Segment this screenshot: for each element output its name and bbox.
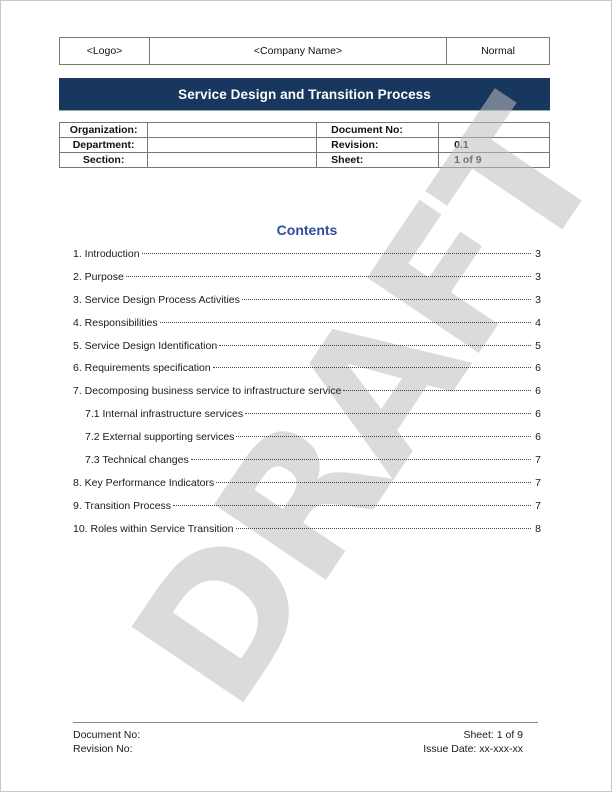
- document-info-table: Organization: Document No: Department: R…: [59, 122, 550, 168]
- toc-entry-page: 7: [533, 500, 541, 512]
- toc-entry-page: 3: [533, 248, 541, 260]
- toc-dot-leader: [245, 413, 531, 414]
- info-row: Organization: Document No:: [60, 123, 550, 138]
- toc-entry-label: 5. Service Design Identification: [73, 340, 217, 352]
- toc-entry[interactable]: 6. Requirements specification6: [73, 362, 541, 385]
- sheet-label: Sheet:: [317, 153, 439, 168]
- document-title-banner: Service Design and Transition Process: [59, 78, 550, 111]
- organization-label: Organization:: [60, 123, 148, 138]
- toc-entry-label: 1. Introduction: [73, 248, 140, 260]
- toc-entry-label: 7. Decomposing business service to infra…: [73, 385, 341, 397]
- toc-entry-page: 5: [533, 340, 541, 352]
- toc-entry-label: 10. Roles within Service Transition: [73, 523, 234, 535]
- toc-entry[interactable]: 1. Introduction3: [73, 248, 541, 271]
- toc-dot-leader: [213, 367, 531, 368]
- toc-entry[interactable]: 9. Transition Process7: [73, 500, 541, 523]
- toc-entry-label: 4. Responsibilities: [73, 317, 158, 329]
- toc-entry-page: 3: [533, 271, 541, 283]
- sheet-value: 1 of 9: [439, 153, 550, 168]
- toc-entry[interactable]: 4. Responsibilities4: [73, 317, 541, 340]
- toc-entry[interactable]: 5. Service Design Identification5: [73, 340, 541, 363]
- toc-entry-label: 7.1 Internal infrastructure services: [85, 408, 243, 420]
- toc-dot-leader: [216, 482, 531, 483]
- toc-entry-page: 6: [533, 431, 541, 443]
- toc-entry-page: 4: [533, 317, 541, 329]
- info-row: Section: Sheet: 1 of 9: [60, 153, 550, 168]
- info-row: Department: Revision: 0.1: [60, 138, 550, 153]
- toc-dot-leader: [343, 390, 531, 391]
- table-of-contents: 1. Introduction32. Purpose33. Service De…: [73, 248, 541, 546]
- section-value: [148, 153, 317, 168]
- footer-revision-no: Revision No:: [73, 742, 133, 756]
- toc-entry-page: 8: [533, 523, 541, 535]
- company-name: <Company Name>: [150, 38, 447, 65]
- toc-dot-leader: [242, 299, 531, 300]
- toc-entry[interactable]: 10. Roles within Service Transition8: [73, 523, 541, 546]
- toc-entry-label: 2. Purpose: [73, 271, 124, 283]
- header-table: <Logo> <Company Name> Normal: [59, 37, 550, 65]
- toc-dot-leader: [219, 345, 531, 346]
- toc-entry-page: 7: [533, 454, 541, 466]
- footer-document-no: Document No:: [73, 728, 140, 742]
- toc-entry-label: 3. Service Design Process Activities: [73, 294, 240, 306]
- toc-entry-label: 6. Requirements specification: [73, 362, 211, 374]
- toc-entry[interactable]: 7.1 Internal infrastructure services6: [73, 408, 541, 431]
- department-label: Department:: [60, 138, 148, 153]
- document-no-label: Document No:: [317, 123, 439, 138]
- toc-dot-leader: [173, 505, 531, 506]
- toc-entry-page: 6: [533, 385, 541, 397]
- toc-dot-leader: [160, 322, 531, 323]
- toc-dot-leader: [236, 528, 532, 529]
- toc-dot-leader: [236, 436, 531, 437]
- toc-entry-label: 8. Key Performance Indicators: [73, 477, 214, 489]
- toc-dot-leader: [191, 459, 531, 460]
- document-no-value: [439, 123, 550, 138]
- logo-placeholder: <Logo>: [60, 38, 150, 65]
- toc-dot-leader: [126, 276, 531, 277]
- contents-heading: Contents: [1, 222, 612, 238]
- toc-dot-leader: [142, 253, 531, 254]
- toc-entry-label: 7.3 Technical changes: [85, 454, 189, 466]
- toc-entry-page: 7: [533, 477, 541, 489]
- footer-issue-date: Issue Date: xx-xxx-xx: [423, 742, 523, 756]
- document-title: Service Design and Transition Process: [178, 87, 431, 102]
- classification-label: Normal: [447, 38, 550, 65]
- toc-entry[interactable]: 8. Key Performance Indicators7: [73, 477, 541, 500]
- revision-label: Revision:: [317, 138, 439, 153]
- toc-entry[interactable]: 7. Decomposing business service to infra…: [73, 385, 541, 408]
- toc-entry-page: 6: [533, 362, 541, 374]
- toc-entry[interactable]: 7.3 Technical changes7: [73, 454, 541, 477]
- footer-divider: [73, 722, 538, 723]
- toc-entry-label: 7.2 External supporting services: [85, 431, 234, 443]
- toc-entry-page: 3: [533, 294, 541, 306]
- footer-sheet: Sheet: 1 of 9: [463, 728, 523, 742]
- department-value: [148, 138, 317, 153]
- revision-value: 0.1: [439, 138, 550, 153]
- organization-value: [148, 123, 317, 138]
- document-page: <Logo> <Company Name> Normal Service Des…: [0, 0, 612, 792]
- toc-entry[interactable]: 2. Purpose3: [73, 271, 541, 294]
- toc-entry-label: 9. Transition Process: [73, 500, 171, 512]
- page-footer: Document No: Sheet: 1 of 9 Revision No: …: [73, 728, 523, 756]
- toc-entry[interactable]: 7.2 External supporting services6: [73, 431, 541, 454]
- toc-entry[interactable]: 3. Service Design Process Activities3: [73, 294, 541, 317]
- toc-entry-page: 6: [533, 408, 541, 420]
- section-label: Section:: [60, 153, 148, 168]
